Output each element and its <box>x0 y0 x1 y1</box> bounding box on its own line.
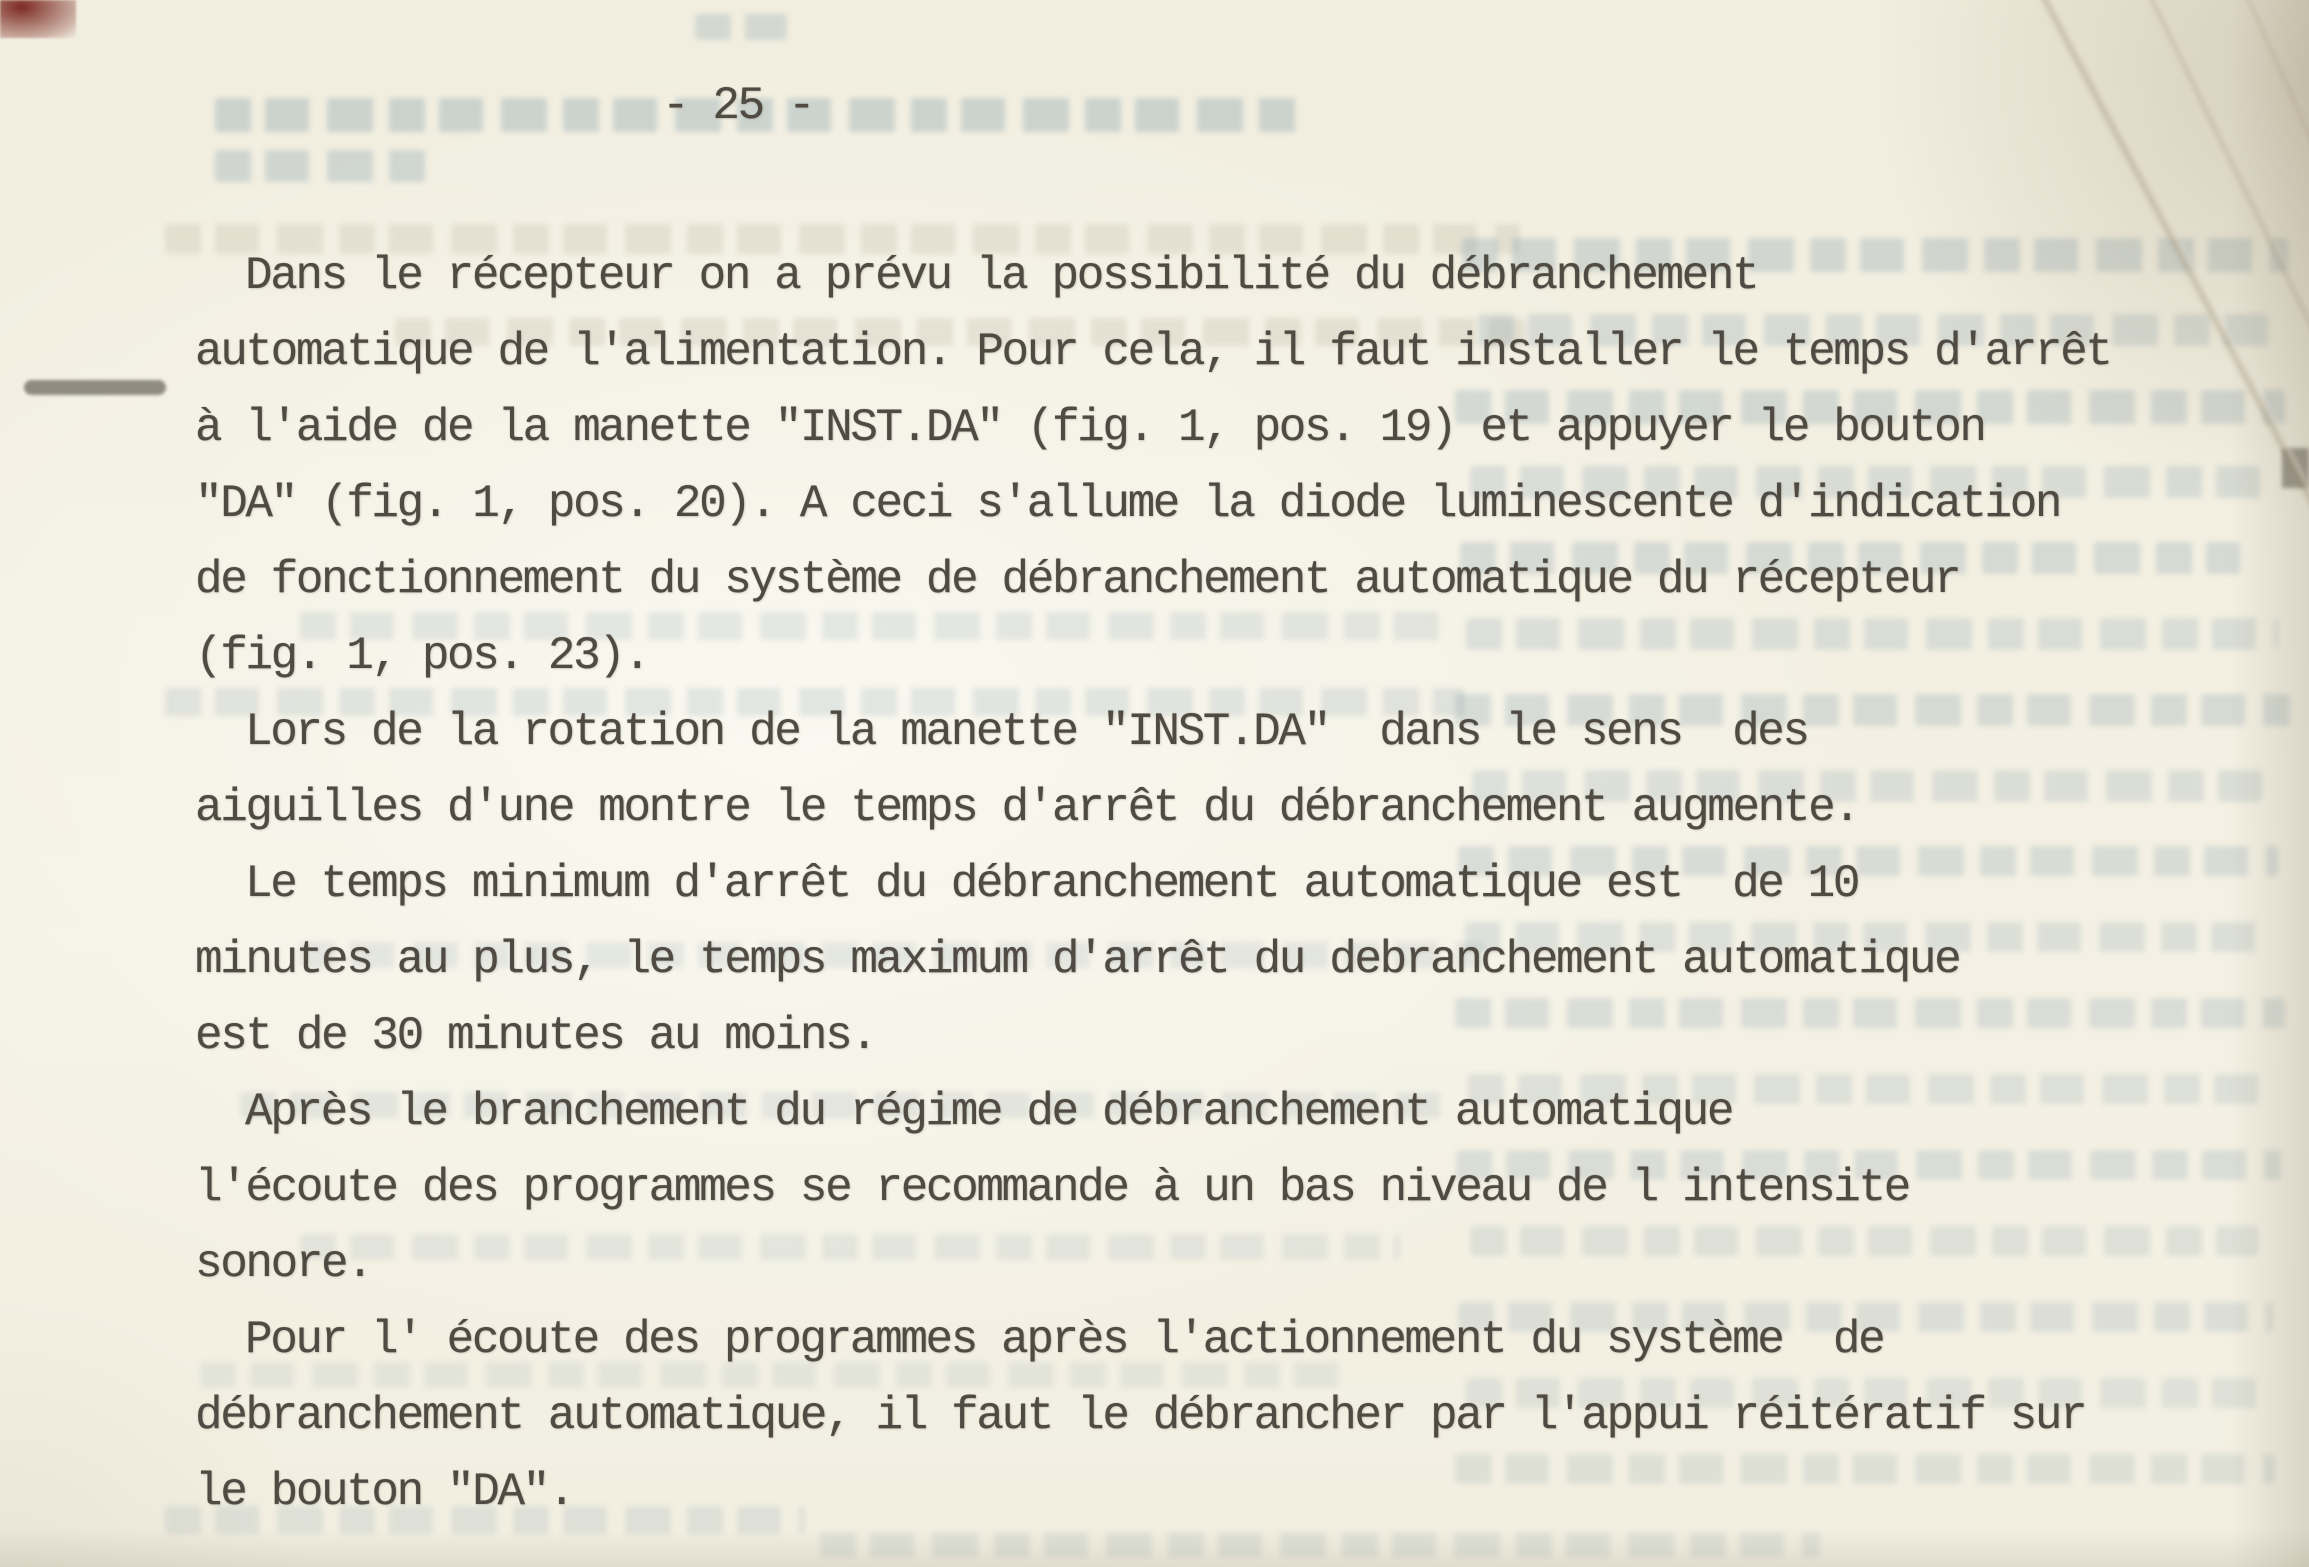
document-text: Dans le récepteur on a prévu la possibil… <box>195 238 2195 1530</box>
text-line: débranchement automatique, il faut le dé… <box>195 1378 2195 1454</box>
paper-crease <box>2232 0 2309 482</box>
text-line: est de 30 minutes au moins. <box>195 998 2195 1074</box>
right-edge-smudge <box>2282 448 2309 488</box>
text-line: aiguilles d'une montre le temps d'arrêt … <box>195 770 2195 846</box>
text-line: à l'aide de la manette "INST.DA" (fig. 1… <box>195 390 2195 466</box>
text-line: Lors de la rotation de la manette "INST.… <box>195 694 2195 770</box>
scanned-document-page: - 25 - Dans le récepteur on a prévu la p… <box>0 0 2309 1567</box>
text-line: Pour l' écoute des programmes après l'ac… <box>195 1302 2195 1378</box>
text-line: de fonctionnement du système de débranch… <box>195 542 2195 618</box>
left-edge-smudge <box>24 380 166 395</box>
text-line: minutes au plus, le temps maximum d'arrê… <box>195 922 2195 998</box>
corner-ink-blotch <box>0 0 76 38</box>
text-line: (fig. 1, pos. 23). <box>195 618 2195 694</box>
bleedthrough-ghost-line <box>215 150 430 182</box>
text-line: Dans le récepteur on a prévu la possibil… <box>195 238 2195 314</box>
text-line: le bouton "DA". <box>195 1454 2195 1530</box>
text-line: Le temps minimum d'arrêt du débranchemen… <box>195 846 2195 922</box>
text-line: Après le branchement du régime de débran… <box>195 1074 2195 1150</box>
text-line: automatique de l'alimentation. Pour cela… <box>195 314 2195 390</box>
text-line: "DA" (fig. 1, pos. 20). A ceci s'allume … <box>195 466 2195 542</box>
bleedthrough-ghost-line <box>695 14 787 40</box>
bleedthrough-ghost-line <box>820 1532 1820 1558</box>
text-line: sonore. <box>195 1226 2195 1302</box>
text-line: l'écoute des programmes se recommande à … <box>195 1150 2195 1226</box>
page-number: - 25 - <box>662 68 813 144</box>
